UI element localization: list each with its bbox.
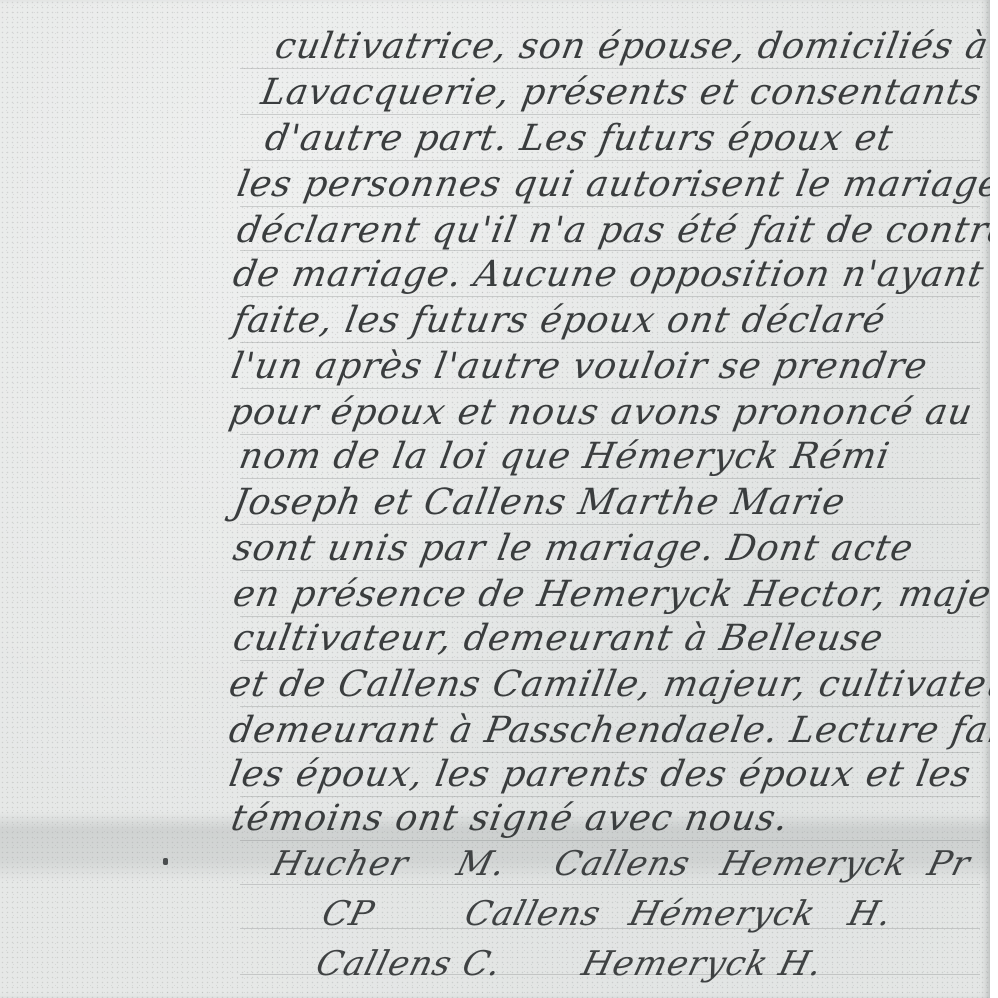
- body-line-9: pour époux et nous avons prononcé au: [226, 392, 976, 433]
- signature: Pr: [924, 844, 975, 884]
- ruled-line: [240, 114, 980, 115]
- signature: M.: [453, 844, 511, 884]
- ruled-line: [240, 296, 980, 297]
- ruled-line: [240, 660, 980, 661]
- signature: Hémeryck: [625, 894, 820, 934]
- scanned-document-page: cultivatrice, son épouse, domiciliés à L…: [0, 0, 990, 998]
- signature-row-3: Callens C. Hemeryck H.: [312, 944, 865, 984]
- body-line-18: témoins ont signé avec nous.: [228, 798, 792, 839]
- body-line-1: cultivatrice, son épouse, domiciliés à: [272, 26, 990, 67]
- ruled-line: [240, 796, 980, 797]
- ruled-line: [240, 434, 980, 435]
- body-line-17: les époux, les parents des époux et les: [226, 754, 974, 795]
- signature: Callens: [461, 894, 605, 934]
- ruled-line: [240, 524, 980, 525]
- ruled-line: [240, 68, 980, 69]
- signature: Hucher: [268, 844, 413, 884]
- ruled-line: [240, 884, 980, 885]
- ruled-line: [240, 706, 980, 707]
- signature: Hemeryck H.: [578, 944, 827, 984]
- signature: H.: [844, 894, 896, 934]
- body-line-8: l'un après l'autre vouloir se prendre: [228, 346, 931, 387]
- body-line-15: et de Callens Camille, majeur, cultivate…: [226, 664, 990, 705]
- signature: Hemeryck: [716, 844, 911, 884]
- signature: Callens C.: [312, 944, 506, 984]
- body-line-11: Joseph et Callens Marthe Marie: [230, 482, 849, 523]
- ruled-line: [240, 160, 980, 161]
- signature: Callens: [550, 844, 694, 884]
- ruled-line: [240, 616, 980, 617]
- signature: CP: [318, 894, 379, 934]
- ruled-line: [240, 570, 980, 571]
- body-line-2: Lavacquerie, présents et consentants: [258, 72, 985, 113]
- body-line-4: les personnes qui autorisent le mariage: [234, 164, 990, 205]
- ruled-line: [240, 342, 980, 343]
- margin-mark: [163, 858, 168, 865]
- ruled-line: [240, 752, 980, 753]
- ruled-line: [240, 388, 980, 389]
- ruled-line: [240, 478, 980, 479]
- body-line-12: sont unis par le mariage. Dont acte: [230, 528, 917, 569]
- body-line-13: en présence de Hemeryck Hector, majeur: [230, 574, 990, 615]
- body-line-6: de mariage. Aucune opposition n'ayant ét…: [230, 254, 990, 295]
- ruled-line: [240, 840, 980, 841]
- signature-row-1: Hucher M. Callens Hemeryck Pr: [268, 844, 990, 884]
- body-line-7: faite, les futurs époux ont déclaré: [230, 300, 889, 341]
- body-line-10: nom de la loi que Hémeryck Rémi: [236, 436, 893, 477]
- body-line-14: cultivateur, demeurant à Belleuse: [230, 618, 887, 659]
- body-line-3: d'autre part. Les futurs époux et: [262, 118, 896, 159]
- signature-row-2: CP Callens Hémeryck H.: [318, 894, 935, 934]
- body-line-16: demeurant à Passchendaele. Lecture faite: [226, 710, 990, 751]
- ruled-line: [240, 206, 980, 207]
- body-line-5: déclarent qu'il n'a pas été fait de cont…: [234, 210, 990, 251]
